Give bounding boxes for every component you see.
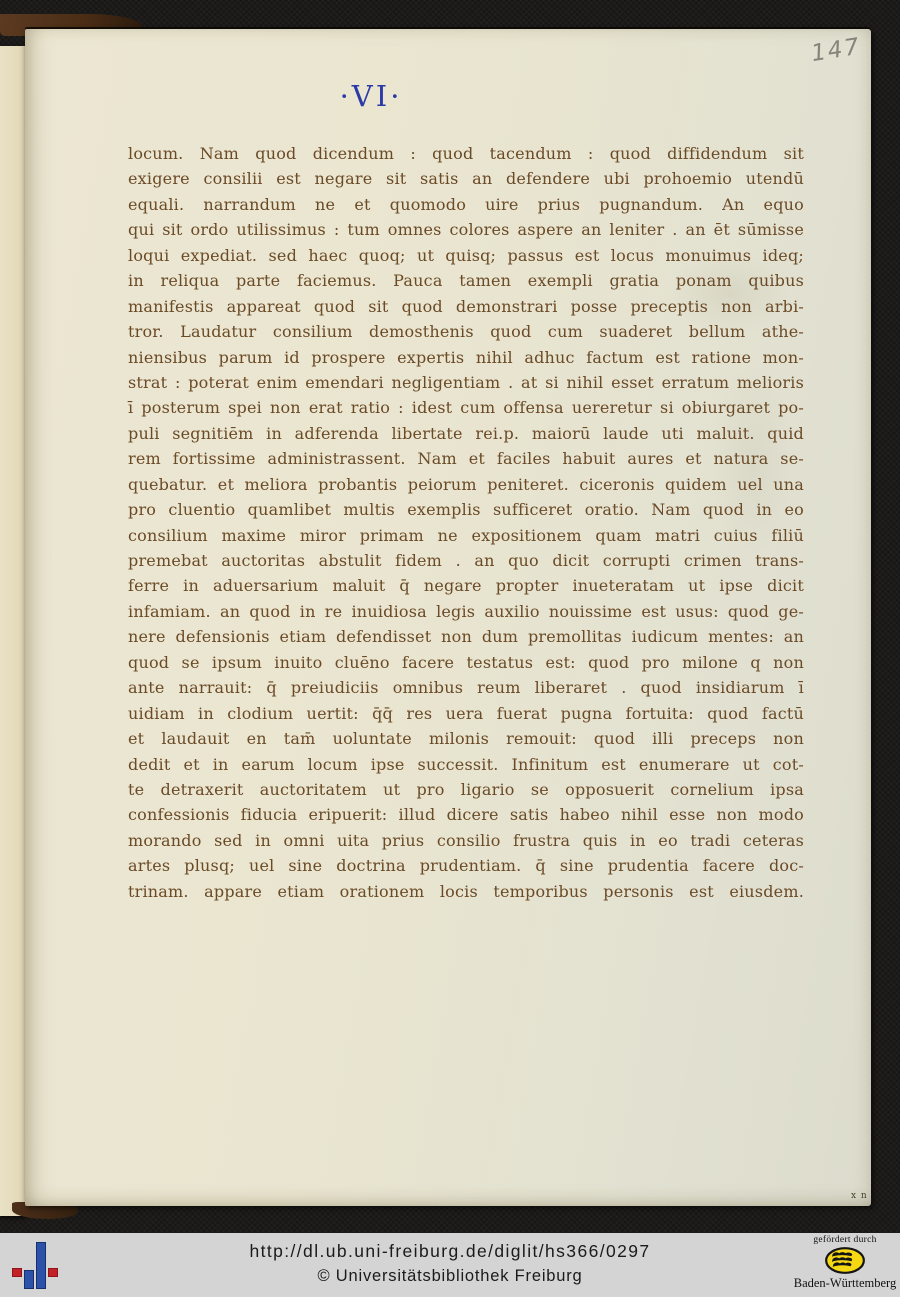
baden-wuerttemberg-coat-of-arms-icon (823, 1246, 867, 1275)
manuscript-line: ī posterum spei non erat ratio : idest c… (128, 395, 804, 420)
manuscript-line: loqui expediat. sed haec quoq; ut quisq;… (128, 243, 804, 268)
scan-viewport: 147 ·VI· locum. Nam quod dicendum : quod… (0, 0, 900, 1297)
manuscript-line: nere defensionis etiam defendisset non d… (128, 624, 804, 649)
manuscript-line: tror. Laudatur consilium demosthenis quo… (128, 319, 804, 344)
underlying-page-edge (0, 46, 27, 1216)
copyright-line: © Universitätsbibliothek Freiburg (0, 1267, 900, 1286)
manuscript-line: te detraxerit auctoritatem ut pro ligari… (128, 777, 804, 802)
folio-number-pencil: 147 (809, 29, 892, 67)
funded-by-name: Baden-Württemberg (790, 1276, 900, 1291)
manuscript-line: exigere consilii est negare sit satis an… (128, 166, 804, 191)
manuscript-line: et laudauit en tam̄ uoluntate milonis re… (128, 726, 804, 751)
manuscript-line: ante narrauit: q̄ preiudiciis omnibus re… (128, 675, 804, 700)
manuscript-line: ferre in aduersarium maluit q̄ negare pr… (128, 573, 804, 598)
manuscript-line: artes plusq; uel sine doctrina prudentia… (128, 853, 804, 878)
footer-text-block: http://dl.ub.uni-freiburg.de/diglit/hs36… (0, 1241, 900, 1286)
manuscript-line: consilium maxime miror primam ne exposit… (128, 523, 804, 548)
manuscript-line: equali. narrandum ne et quomodo uire pri… (128, 192, 804, 217)
document-url: http://dl.ub.uni-freiburg.de/diglit/hs36… (0, 1241, 900, 1262)
quire-mark: x n (851, 1191, 868, 1201)
manuscript-line: puli segnitiēm in adferenda libertate re… (128, 421, 804, 446)
manuscript-line: strat : poterat enim emendari negligenti… (128, 370, 804, 395)
manuscript-line: pro cluentio quamlibet multis exemplis s… (128, 497, 804, 522)
manuscript-line: trinam. appare etiam orationem locis tem… (128, 879, 804, 904)
footer-bar: http://dl.ub.uni-freiburg.de/diglit/hs36… (0, 1233, 900, 1297)
manuscript-line: manifestis appareat quod sit quod demons… (128, 294, 804, 319)
manuscript-text-block: locum. Nam quod dicendum : quod tacendum… (128, 141, 804, 904)
manuscript-line: premebat auctoritas abstulit fidem . an … (128, 548, 804, 573)
manuscript-line: niensibus parum id prospere expertis nih… (128, 345, 804, 370)
manuscript-line: quebatur. et meliora probantis peiorum p… (128, 472, 804, 497)
chapter-numeral-heading: ·VI· (271, 79, 471, 113)
manuscript-line: in reliqua parte faciemus. Pauca tamen e… (128, 268, 804, 293)
manuscript-line: confessionis fiducia eripuerit: illud di… (128, 802, 804, 827)
manuscript-line: morando sed in omni uita prius consilio … (128, 828, 804, 853)
manuscript-line: infamiam. an quod in re inuidiosa legis … (128, 599, 804, 624)
manuscript-line: qui sit ordo utilissimus : tum omnes col… (128, 217, 804, 242)
funding-block: gefördert durch Baden-Württemberg (790, 1235, 900, 1291)
manuscript-page: 147 ·VI· locum. Nam quod dicendum : quod… (25, 29, 871, 1206)
manuscript-line: locum. Nam quod dicendum : quod tacendum… (128, 141, 804, 166)
manuscript-line: rem fortissime administrassent. Nam et f… (128, 446, 804, 471)
manuscript-line: quod se ipsum inuito cluēno facere testa… (128, 650, 804, 675)
manuscript-line: dedit et in earum locum ipse successit. … (128, 752, 804, 777)
funded-by-label: gefördert durch (790, 1235, 900, 1245)
manuscript-line: uidiam in clodium uertit: q̄q̄ res uera … (128, 701, 804, 726)
